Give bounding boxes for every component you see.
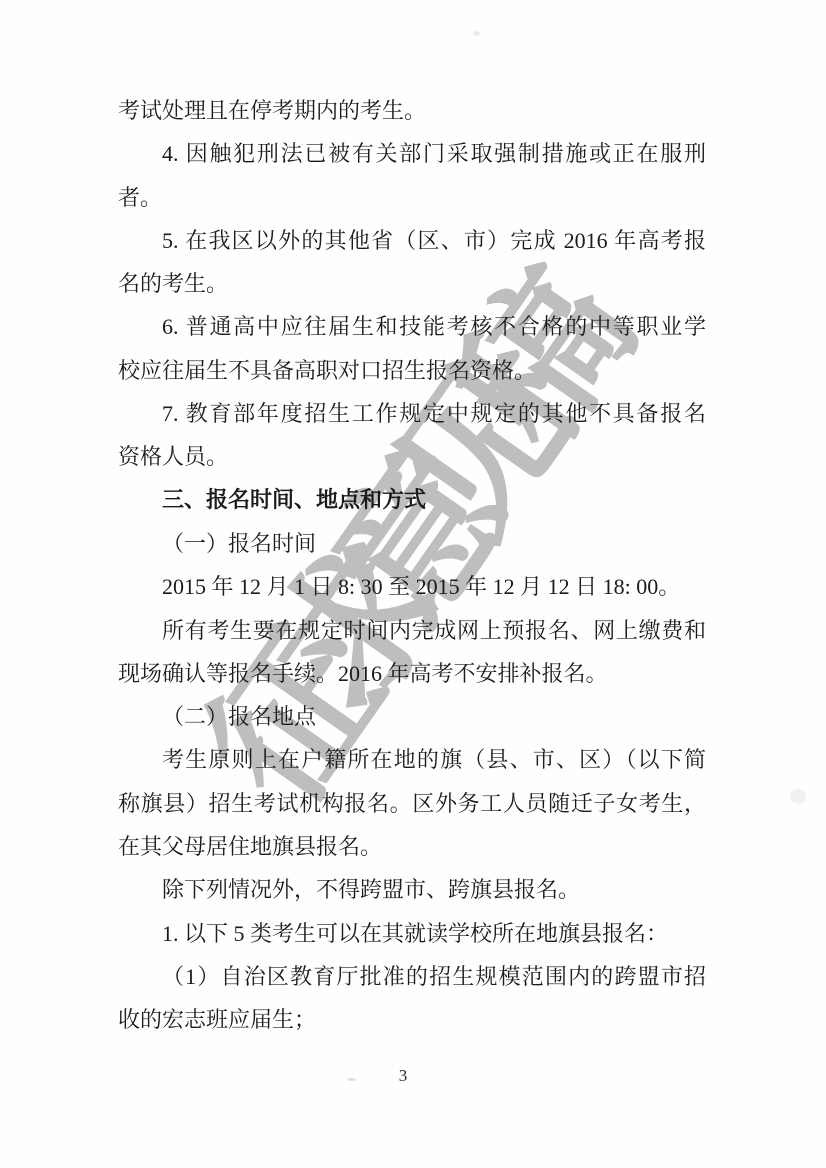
text-line: 所有考生要在规定时间内完成网上预报名、网上缴费和	[118, 609, 706, 652]
text-line: 6. 普通高中应往届生和技能考核不合格的中等职业学	[118, 305, 706, 348]
text-line: （1）自治区教育厅批准的招生规模范围内的跨盟市招	[118, 955, 706, 998]
sub-heading: （二）报名地点	[118, 695, 706, 738]
text-line: 校应往届生不具备高职对口招生报名资格。	[118, 349, 706, 392]
text-line: 7. 教育部年度招生工作规定中规定的其他不具备报名	[118, 392, 706, 435]
text-line: 除下列情况外，不得跨盟市、跨旗县报名。	[118, 868, 706, 911]
text-line: 4. 因触犯刑法已被有关部门采取强制措施或正在服刑	[118, 132, 706, 175]
scan-artifact	[790, 789, 806, 804]
document-body: 考试处理且在停考期内的考生。 4. 因触犯刑法已被有关部门采取强制措施或正在服刑…	[118, 89, 706, 1042]
text-line: 名的考生。	[118, 262, 706, 305]
text-line: 者。	[118, 176, 706, 219]
text-line: 考试处理且在停考期内的考生。	[118, 89, 706, 132]
text-line: 2015 年 12 月 1 日 8: 30 至 2015 年 12 月 12 日…	[118, 565, 706, 608]
text-line: 在其父母居住地旗县报名。	[118, 825, 706, 868]
section-heading: 三、报名时间、地点和方式	[118, 479, 706, 522]
text-line: 称旗县）招生考试机构报名。区外务工人员随迁子女考生，	[118, 782, 706, 825]
page-number: 3	[0, 1066, 806, 1086]
text-line: 收的宏志班应届生；	[118, 998, 706, 1041]
scan-artifact	[473, 31, 480, 36]
text-line: 5. 在我区以外的其他省（区、市）完成 2016 年高考报	[118, 219, 706, 262]
sub-heading: （一）报名时间	[118, 522, 706, 565]
text-line: 现场确认等报名手续。2016 年高考不安排补报名。	[118, 652, 706, 695]
text-line: 1. 以下 5 类考生可以在其就读学校所在地旗县报名：	[118, 912, 706, 955]
scan-artifact	[347, 1078, 356, 1081]
text-line: 资格人员。	[118, 435, 706, 478]
document-page: 征求意见稿 考试处理且在停考期内的考生。 4. 因触犯刑法已被有关部门采取强制措…	[0, 0, 826, 1168]
text-line: 考生原则上在户籍所在地的旗（县、市、区）（以下简	[118, 738, 706, 781]
